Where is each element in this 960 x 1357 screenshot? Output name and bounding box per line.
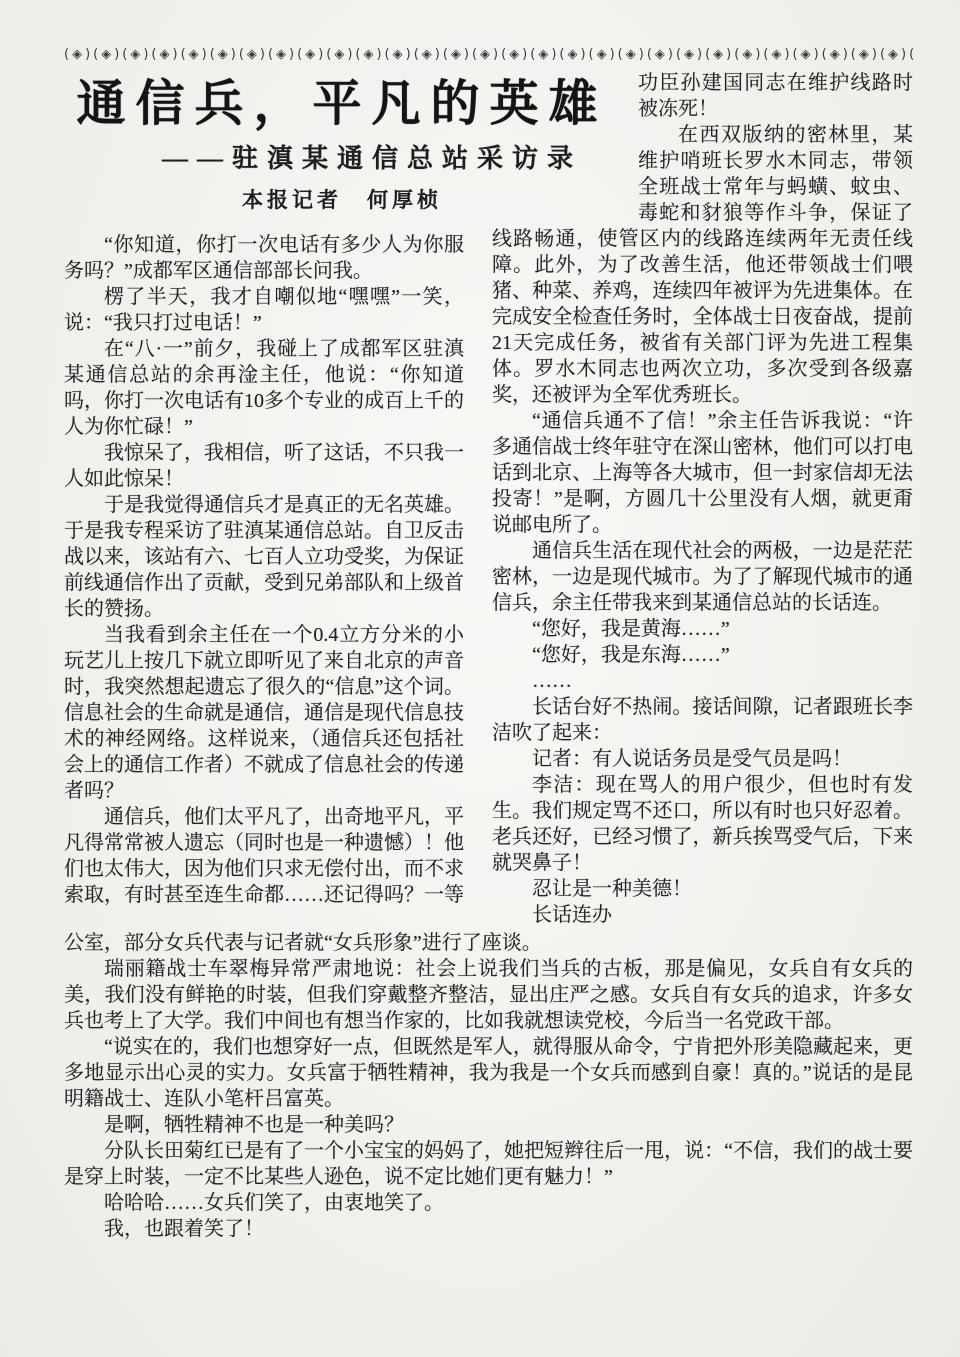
- article-subtitle: ——驻滇某通信总站采访录: [124, 138, 620, 175]
- paragraph: “说实在的，我们也想穿好一点，但既然是军人，就得服从命令，宁肯把外形美隐藏起来，…: [64, 1034, 913, 1112]
- paragraph: “您好，我是黄海……”: [492, 616, 913, 642]
- paragraph: 是啊，牺牲精神不也是一种美吗？: [64, 1112, 913, 1138]
- paragraph: “您好，我是东海……”: [492, 642, 913, 668]
- paragraph: “你知道，你打一次电话有多少人为你服务吗？”成都军区通信部部长问我。: [64, 232, 464, 284]
- paragraph: ……: [492, 668, 913, 694]
- left-column: 通信兵，平凡的英雄 ——驻滇某通信总站采访录 本报记者 何厚桢 “你知道，你打一…: [64, 70, 464, 908]
- paragraph: 当我看到余主任在一个0.4立方分米的小玩艺儿上按几下就立即听见了来自北京的声音时…: [64, 622, 464, 804]
- newspaper-page: (◈)(◈)(◈)(◈)(◈)(◈)(◈)(◈)(◈)(◈)(◈)(◈)(◈)(…: [0, 0, 960, 1357]
- paragraph: 公室，部分女兵代表与记者就“女兵形象”进行了座谈。: [64, 930, 913, 956]
- paragraph: 瑞丽籍战士车翠梅异常严肃地说：社会上说我们当兵的古板，那是偏见，女兵自有女兵的美…: [64, 956, 913, 1034]
- title-block: 通信兵，平凡的英雄 ——驻滇某通信总站采访录 本报记者 何厚桢: [64, 76, 620, 214]
- article-columns: 通信兵，平凡的英雄 ——驻滇某通信总站采访录 本报记者 何厚桢 “你知道，你打一…: [64, 70, 913, 928]
- bottom-section-text: 公室，部分女兵代表与记者就“女兵形象”进行了座谈。瑞丽籍战士车翠梅异常严肃地说：…: [64, 930, 913, 1242]
- paragraph: 我，也跟着笑了！: [64, 1216, 913, 1242]
- paragraph: 长话台好不热闹。接话间隙，记者跟班长李洁吹了起来：: [492, 694, 913, 746]
- paragraph: 忍让是一种美德！: [492, 876, 913, 902]
- paragraph: 楞了半天，我才自嘲似地“嘿嘿”一笑，说：“我只打过电话！”: [64, 284, 464, 336]
- article-byline: 本报记者 何厚桢: [64, 184, 620, 214]
- paragraph: 在“八·一”前夕，我碰上了成都军区驻滇某通信总站的余再淦主任，他说：“你知道吗，…: [64, 336, 464, 440]
- paragraph: 于是我觉得通信兵才是真正的无名英雄。于是我专程采访了驻滇某通信总站。自卫反击战以…: [64, 492, 464, 622]
- paragraph: “通信兵通不了信！”余主任告诉我说：“许多通信战士终年驻守在深山密林，他们可以打…: [492, 408, 913, 538]
- paragraph: 长话连办: [492, 902, 913, 928]
- paragraph: 我惊呆了，我相信，听了这话，不只我一人如此惊呆！: [64, 440, 464, 492]
- paragraph: 通信兵生活在现代社会的两极，一边是茫茫密林，一边是现代城市。为了了解现代城市的通…: [492, 538, 913, 616]
- paragraph: 通信兵，他们太平凡了，出奇地平凡，平凡得常常被人遗忘（同时也是一种遗憾）！他们也…: [64, 804, 464, 908]
- left-column-text: “你知道，你打一次电话有多少人为你服务吗？”成都军区通信部部长问我。楞了半天，我…: [64, 232, 464, 908]
- paragraph: 李洁：现在骂人的用户很少，但也时有发生。我们规定骂不还口，所以有时也只好忍着。老…: [492, 772, 913, 876]
- article-title: 通信兵，平凡的英雄: [64, 76, 620, 132]
- paragraph: 哈哈哈……女兵们笑了，由衷地笑了。: [64, 1190, 913, 1216]
- ornament-border: (◈)(◈)(◈)(◈)(◈)(◈)(◈)(◈)(◈)(◈)(◈)(◈)(◈)(…: [64, 46, 913, 64]
- paragraph: 记者：有人说话务员是受气员是吗！: [492, 746, 913, 772]
- paragraph: 分队长田菊红已是有了一个小宝宝的妈妈了，她把短辫往后一甩，说：“不信，我们的战士…: [64, 1138, 913, 1190]
